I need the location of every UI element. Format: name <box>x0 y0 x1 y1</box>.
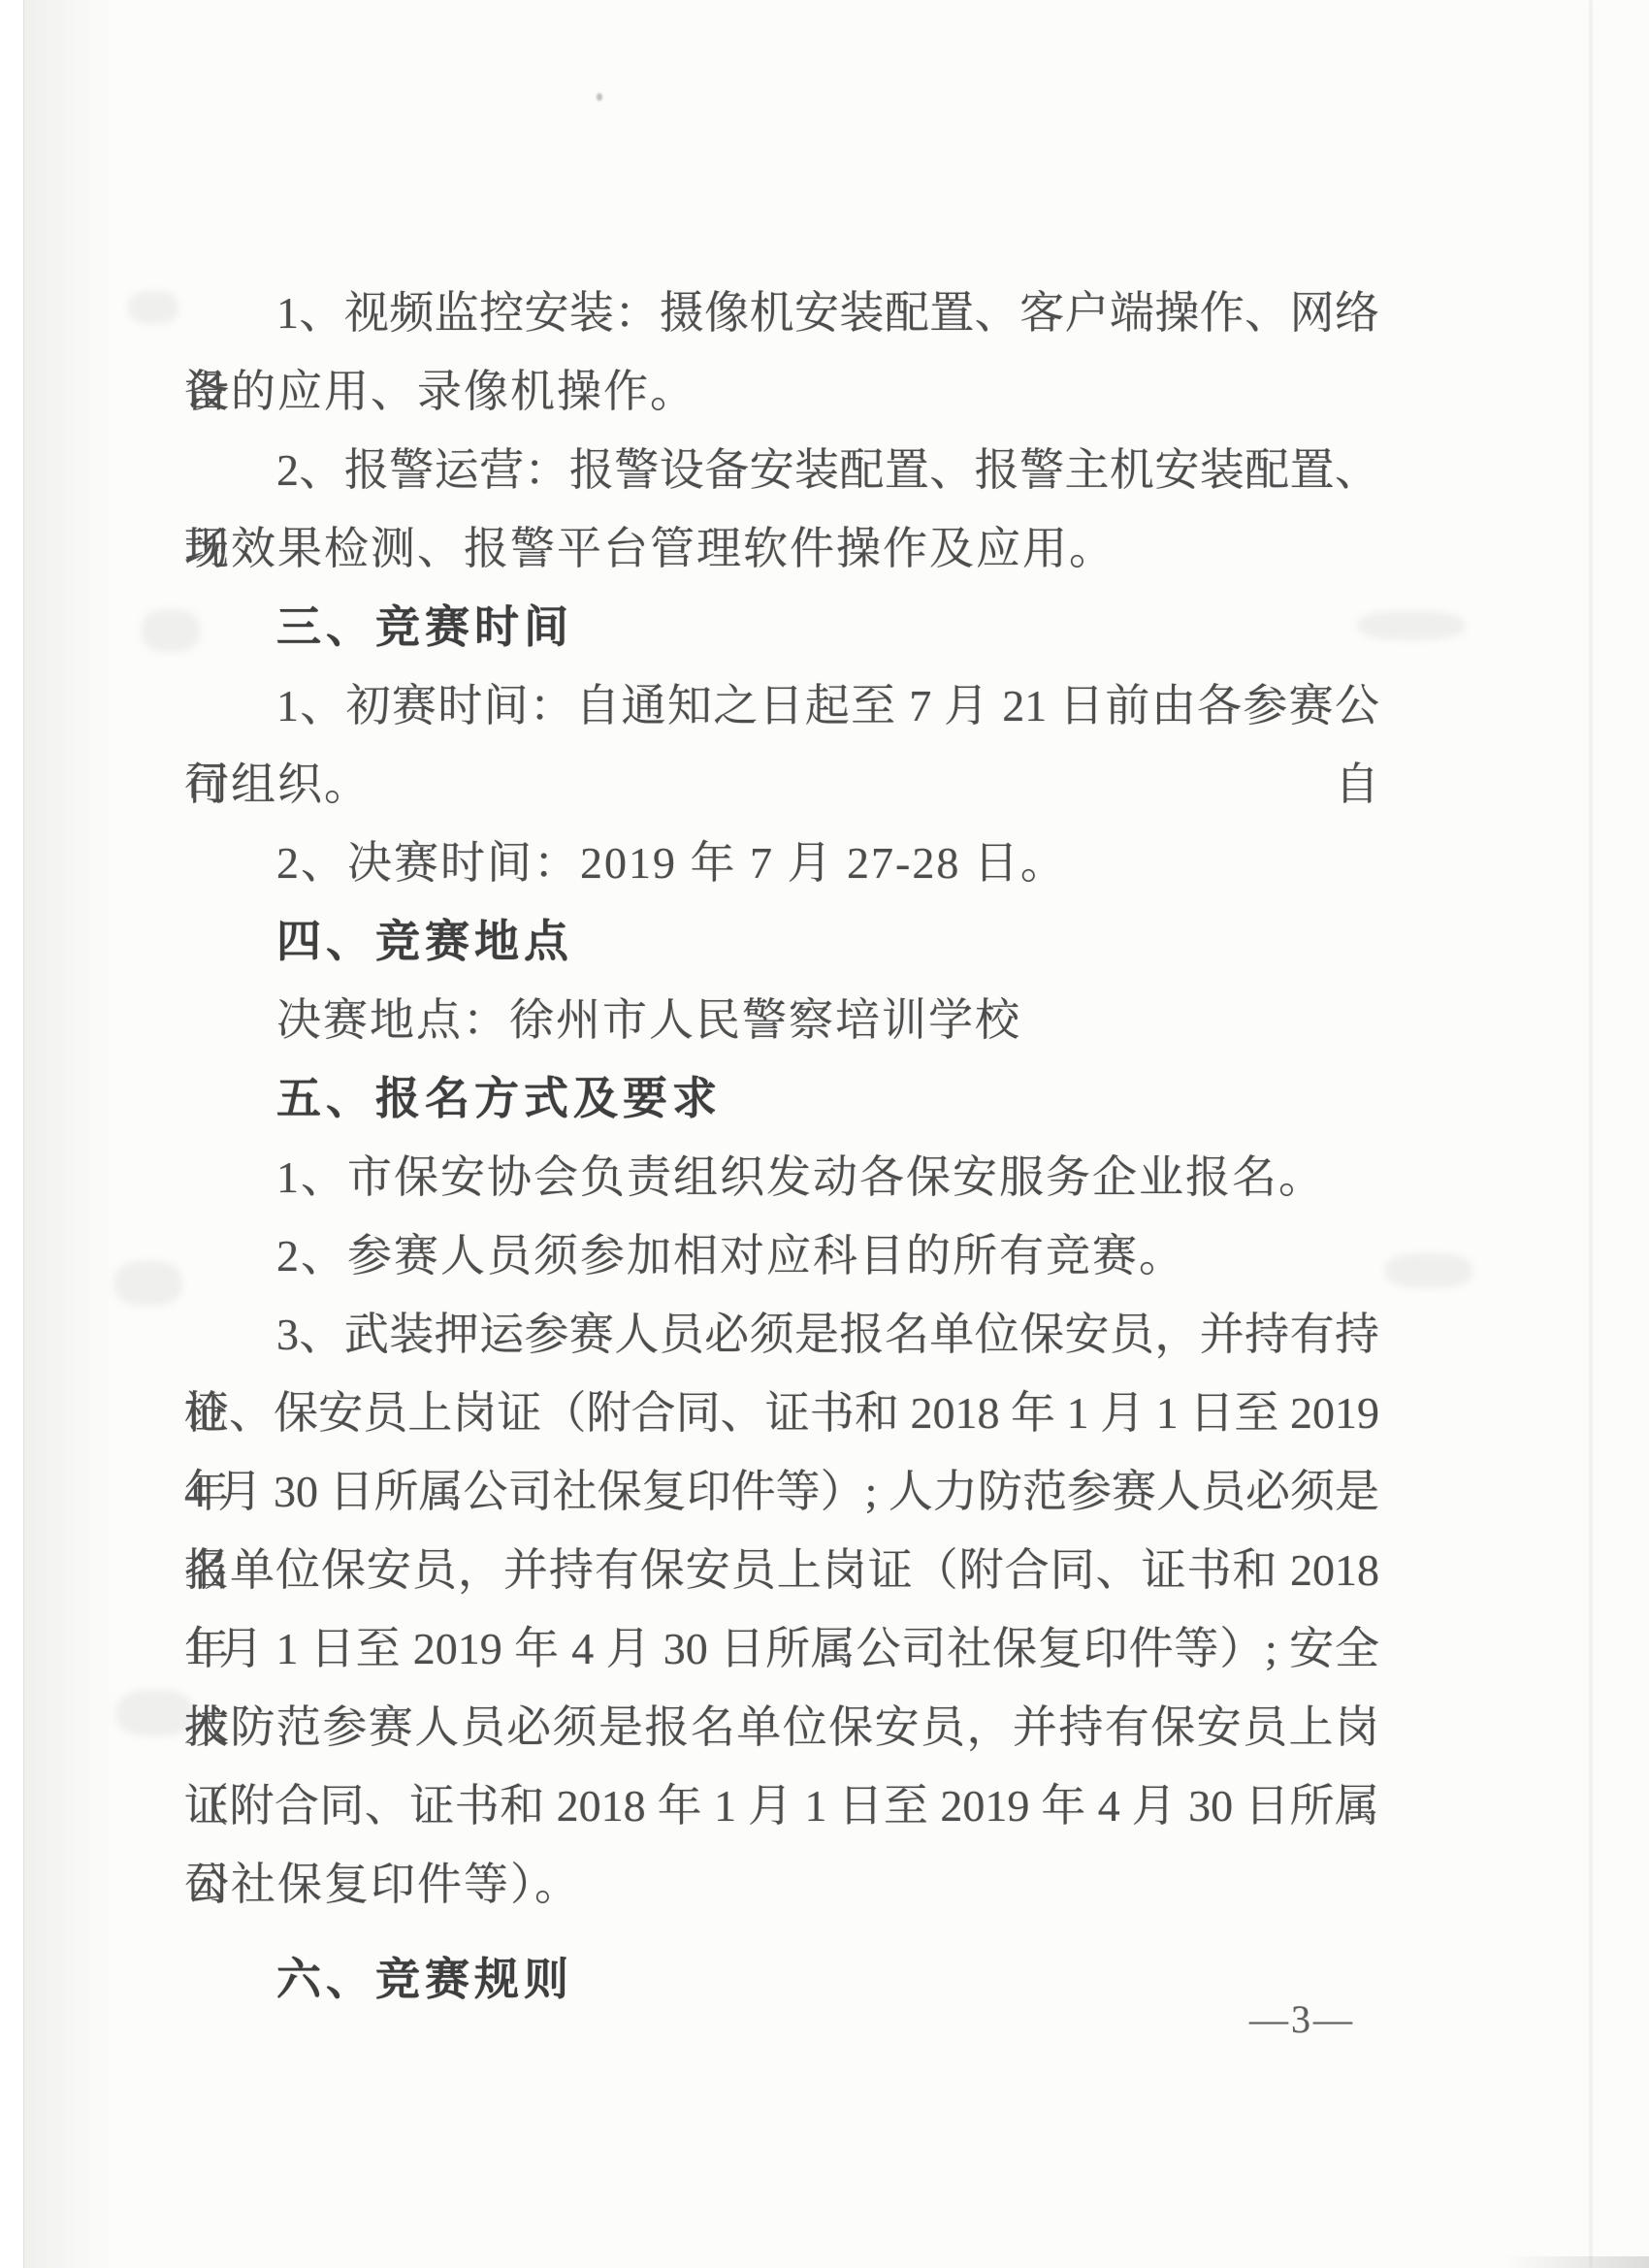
scan-smudge <box>114 1261 182 1306</box>
doc-line: 2、参赛人员须参加相对应科目的所有竞赛。 <box>184 1216 1379 1295</box>
section-heading-registration: 五、报名方式及要求 <box>184 1059 1379 1138</box>
section-heading-competition-time: 三、竞赛时间 <box>184 588 1379 666</box>
doc-line: 1、初赛时间：自通知之日起至 7 月 21 日前由各参赛公司自 <box>184 666 1379 745</box>
doc-line: 1 月 1 日至 2019 年 4 月 30 日所属公司社保复印件等）; 安全技 <box>184 1609 1379 1688</box>
page-number: —3— <box>1249 2000 1355 2039</box>
scan-smudge <box>116 1690 194 1736</box>
doc-line: 2、报警运营：报警设备安装配置、报警主机安装配置、现 <box>184 431 1379 509</box>
section-heading-competition-rules: 六、竞赛规则 <box>184 1940 1379 2019</box>
doc-line: 证、保安员上岗证（附合同、证书和 2018 年 1 月 1 日至 2019 年 <box>184 1374 1379 1452</box>
doc-line: 决赛地点：徐州市人民警察培训学校 <box>184 981 1379 1059</box>
doc-line: （附合同、证书和 2018 年 1 月 1 日至 2019 年 4 月 30 日… <box>184 1766 1379 1845</box>
doc-line: 1、视频监控安装：摄像机安装配置、客户端操作、网络设 <box>184 274 1379 352</box>
scan-edge-shadow <box>23 0 116 2268</box>
scanned-document-page: 1、视频监控安装：摄像机安装配置、客户端操作、网络设 备的应用、录像机操作。 2… <box>0 0 1649 2268</box>
doc-line: 3、武装押运参赛人员必须是报名单位保安员，并持有持枪 <box>184 1295 1379 1374</box>
scan-edge-white-strip <box>0 0 23 2268</box>
doc-line: 术防范参赛人员必须是报名单位保安员，并持有保安员上岗证 <box>184 1688 1379 1766</box>
doc-line: 司社保复印件等）。 <box>184 1845 1379 1924</box>
scan-smudge <box>128 291 178 324</box>
paper-crease-line <box>1590 0 1592 2268</box>
section-heading-competition-venue: 四、竞赛地点 <box>184 902 1379 981</box>
doc-line: 场效果检测、报警平台管理软件操作及应用。 <box>184 509 1379 588</box>
doc-line: 1、市保安协会负责组织发动各保安服务企业报名。 <box>184 1138 1379 1216</box>
scan-smudge <box>1385 1253 1472 1288</box>
doc-line: 2、决赛时间：2019 年 7 月 27-28 日。 <box>184 824 1379 902</box>
doc-line: 4 月 30 日所属公司社保复印件等）; 人力防范参赛人员必须是报 <box>184 1452 1379 1531</box>
doc-line: 名单位保安员，并持有保安员上岗证（附合同、证书和 2018 年 <box>184 1531 1379 1609</box>
scan-speck <box>597 93 602 101</box>
document-body: 1、视频监控安装：摄像机安装配置、客户端操作、网络设 备的应用、录像机操作。 2… <box>184 274 1379 2019</box>
doc-line: 备的应用、录像机操作。 <box>184 352 1379 431</box>
scan-corner-artifact <box>1503 2256 1649 2268</box>
